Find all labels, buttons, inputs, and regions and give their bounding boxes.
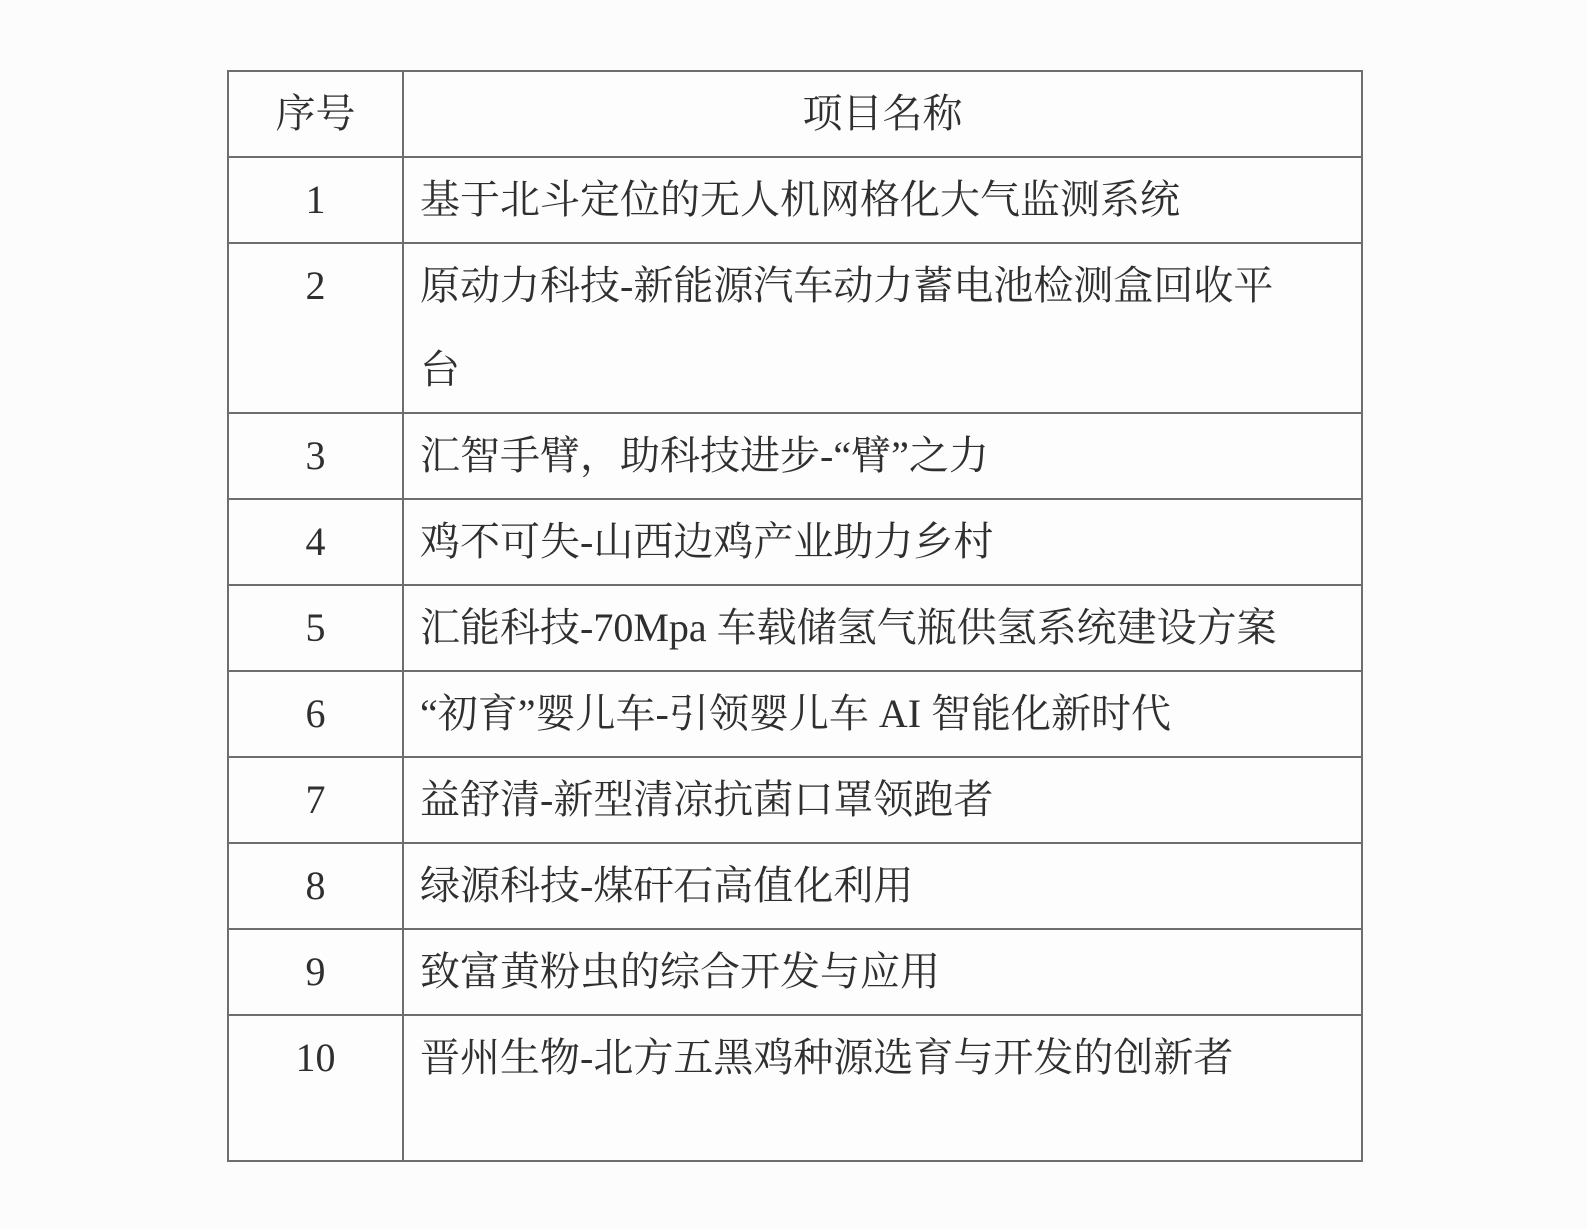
header-project-name: 项目名称 bbox=[403, 71, 1362, 157]
project-name-cell: 鸡不可失-山西边鸡产业助力乡村 bbox=[403, 499, 1362, 585]
table-row: 7 益舒清-新型清凉抗菌口罩领跑者 bbox=[228, 757, 1362, 843]
header-serial-number: 序号 bbox=[228, 71, 403, 157]
serial-number-cell: 7 bbox=[228, 757, 403, 843]
serial-number-cell: 3 bbox=[228, 413, 403, 499]
serial-number-cell: 10 bbox=[228, 1015, 403, 1161]
table-row: 1 基于北斗定位的无人机网格化大气监测系统 bbox=[228, 157, 1362, 243]
serial-number-cell: 5 bbox=[228, 585, 403, 671]
table-row: 9 致富黄粉虫的综合开发与应用 bbox=[228, 929, 1362, 1015]
serial-number-cell: 1 bbox=[228, 157, 403, 243]
project-name-cell: 基于北斗定位的无人机网格化大气监测系统 bbox=[403, 157, 1362, 243]
table-row: 10 晋州生物-北方五黑鸡种源选育与开发的创新者 bbox=[228, 1015, 1362, 1161]
project-name-cell: 原动力科技-新能源汽车动力蓄电池检测盒回收平台 bbox=[403, 243, 1362, 413]
serial-number-cell: 6 bbox=[228, 671, 403, 757]
project-table: 序号 项目名称 1 基于北斗定位的无人机网格化大气监测系统 2 原动力科技-新能… bbox=[227, 70, 1363, 1162]
project-name-cell: 汇能科技-70Mpa 车载储氢气瓶供氢系统建设方案 bbox=[403, 585, 1362, 671]
project-name-cell: 汇智手臂，助科技进步-“臂”之力 bbox=[403, 413, 1362, 499]
table-row: 8 绿源科技-煤矸石高值化利用 bbox=[228, 843, 1362, 929]
document-page: 序号 项目名称 1 基于北斗定位的无人机网格化大气监测系统 2 原动力科技-新能… bbox=[0, 0, 1587, 1229]
table-row: 5 汇能科技-70Mpa 车载储氢气瓶供氢系统建设方案 bbox=[228, 585, 1362, 671]
serial-number-cell: 9 bbox=[228, 929, 403, 1015]
serial-number-cell: 4 bbox=[228, 499, 403, 585]
project-name-cell: “初育”婴儿车-引领婴儿车 AI 智能化新时代 bbox=[403, 671, 1362, 757]
project-name-cell: 致富黄粉虫的综合开发与应用 bbox=[403, 929, 1362, 1015]
table-row: 3 汇智手臂，助科技进步-“臂”之力 bbox=[228, 413, 1362, 499]
serial-number-cell: 2 bbox=[228, 243, 403, 413]
project-name-cell: 绿源科技-煤矸石高值化利用 bbox=[403, 843, 1362, 929]
project-name-cell: 晋州生物-北方五黑鸡种源选育与开发的创新者 bbox=[403, 1015, 1362, 1161]
table-row: 6 “初育”婴儿车-引领婴儿车 AI 智能化新时代 bbox=[228, 671, 1362, 757]
table-header-row: 序号 项目名称 bbox=[228, 71, 1362, 157]
project-name-cell: 益舒清-新型清凉抗菌口罩领跑者 bbox=[403, 757, 1362, 843]
serial-number-cell: 8 bbox=[228, 843, 403, 929]
table-row: 4 鸡不可失-山西边鸡产业助力乡村 bbox=[228, 499, 1362, 585]
table-row: 2 原动力科技-新能源汽车动力蓄电池检测盒回收平台 bbox=[228, 243, 1362, 413]
